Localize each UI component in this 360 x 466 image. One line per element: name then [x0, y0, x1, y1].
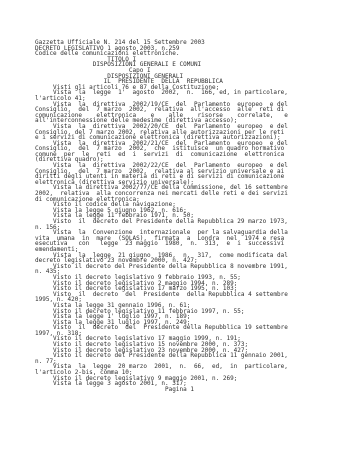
recitals: Visti gli articoli 76 e 87 della Costitu…: [35, 85, 288, 387]
title-block: TITOLO I DISPOSIZIONI GENERALI E COMUNI …: [35, 57, 288, 79]
document-page: Gazzetta Ufficiale N. 214 del 15 Settemb…: [0, 0, 360, 466]
document-text: Gazzetta Ufficiale N. 214 del 15 Settemb…: [35, 40, 288, 392]
page-footer: Pagina 1: [35, 387, 288, 393]
